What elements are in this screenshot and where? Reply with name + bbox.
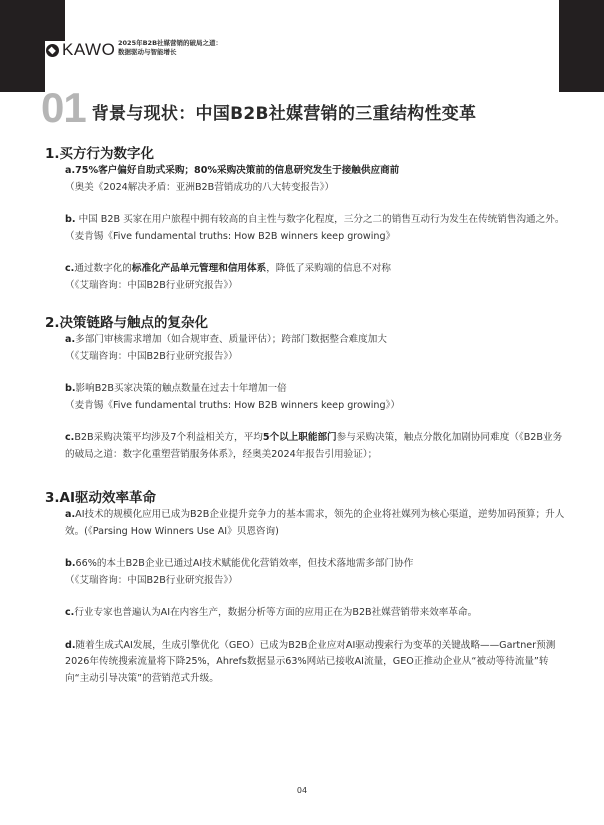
list-item: a.75%客户偏好自助式采购；80%采购决策前的信息研究发生于接触供应商前	[65, 163, 565, 180]
logo-text: KAWO	[62, 40, 115, 60]
list-item: a.多部门审核需求增加（如合规审查、质量评估）；跨部门数据整合难度加大	[65, 332, 565, 349]
decor-block-top-left	[0, 0, 65, 41]
section-heading: 01 背景与现状：中国B2B社媒营销的三重结构性变革	[41, 88, 476, 128]
report-title-line2: 数据驱动与智能增长	[118, 48, 222, 57]
source-citation: （《艾瑞咨询：中国B2B行业研究报告》）	[65, 349, 565, 366]
report-title-line1: 2025年B2B社媒营销的破局之道：	[118, 39, 222, 48]
list-item: c.行业专家也普遍认为AI在内容生产，数据分析等方面的应用正在为B2B社媒营销带…	[65, 605, 565, 622]
section-number: 01	[41, 88, 86, 128]
list-item: b.66%的本土B2B企业已通过AI技术赋能优化营销效率，但技术落地需多部门协作	[65, 556, 565, 573]
source-citation: （奥美《2024解决矛盾：亚洲B2B营销成功的八大转变报告》）	[65, 180, 565, 197]
decor-block-left	[0, 41, 45, 92]
list-item: a.AI技术的规模化应用已成为B2B企业提升竞争力的基本需求，领先的企业将社媒列…	[65, 507, 565, 540]
page-number: 04	[0, 786, 604, 795]
source-citation: （《艾瑞咨询：中国B2B行业研究报告》）	[65, 573, 565, 590]
list-item: d.随着生成式AI发展，生成引擎优化（GEO）已成为B2B企业应对AI驱动搜索行…	[65, 638, 565, 688]
list-item: b.影响B2B买家决策的触点数量在过去十年增加一倍	[65, 381, 565, 398]
source-citation: （《艾瑞咨询：中国B2B行业研究报告》）	[65, 278, 565, 295]
list-item: c.B2B采购决策平均涉及7个利益相关方，平均5个以上职能部门参与采购决策，触点…	[65, 430, 565, 463]
report-title: 2025年B2B社媒营销的破局之道： 数据驱动与智能增长	[118, 39, 222, 57]
source-citation: （麦肯锡《Five fundamental truths: How B2B wi…	[65, 398, 565, 415]
section-title: 背景与现状：中国B2B社媒营销的三重结构性变革	[92, 99, 477, 124]
decor-block-top-right	[559, 0, 604, 92]
kawo-logo-icon	[46, 44, 59, 57]
part-heading: 1.买方行为数字化	[45, 145, 565, 163]
kawo-logo: KAWO	[46, 40, 115, 60]
page-content: 1.买方行为数字化 a.75%客户偏好自助式采购；80%采购决策前的信息研究发生…	[45, 145, 565, 687]
part-heading: 2.决策链路与触点的复杂化	[45, 314, 565, 332]
list-item: c.通过数字化的标准化产品单元管理和信用体系，降低了采购端的信息不对称	[65, 261, 565, 278]
source-citation: （麦肯锡《Five fundamental truths: How B2B wi…	[65, 229, 565, 246]
part-heading: 3.AI驱动效率革命	[45, 489, 565, 507]
list-item: b. 中国 B2B 买家在用户旅程中拥有较高的自主性与数字化程度，三分之二的销售…	[65, 212, 565, 229]
